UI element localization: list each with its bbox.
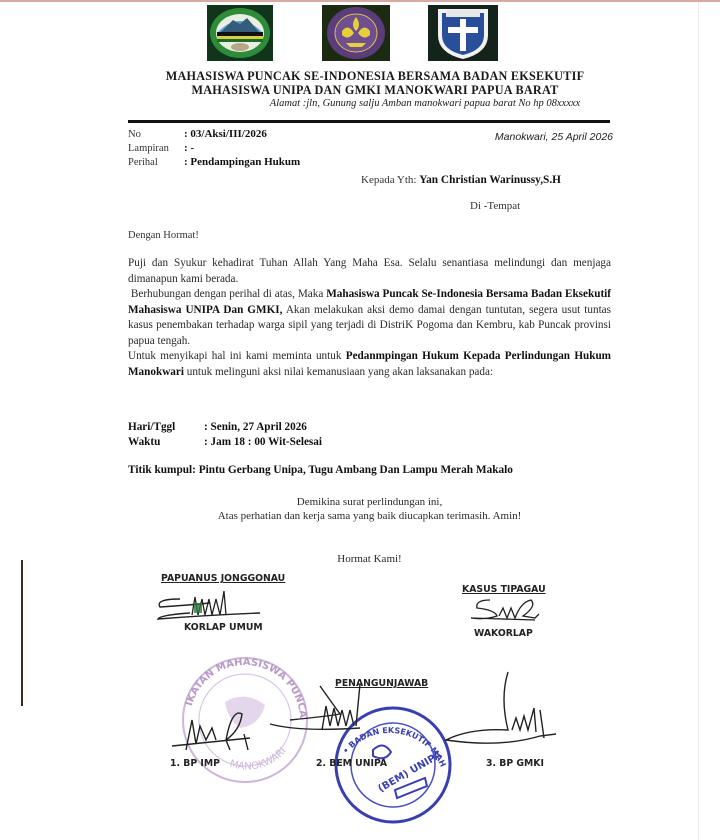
attachment-value: : - [184,142,194,154]
salutation: Dengan Hormat! [128,230,199,241]
svg-text:• BADAN EKSEKUTIF MAHASISWA •: • BADAN EKSEKUTIF MAHASISWA • [325,690,448,768]
day-label: Hari/Tggl [128,421,204,433]
letterhead-address: Alamat :jln, Gunung salju Amban manokwar… [0,98,720,109]
svg-text:MANOKWARI: MANOKWARI [228,746,288,773]
wakorlap-signature-icon [465,596,565,632]
gmki-logo-icon [428,5,498,61]
meeting-point: Titik kumpul: Pintu Gerbang Unipa, Tugu … [128,464,513,476]
letter-number: No: 03/Aksi/III/2026 [128,128,267,140]
place-date: Manokwari, 25 April 2026 [470,131,613,143]
subject-label: Perihal [128,157,184,168]
bem-unipa-label: 2. BEM UNIPA [316,758,387,769]
schedule-time: Waktu: Jam 18 : 00 Wit-Selesai [128,436,322,448]
letterhead-title-line2: MAHASISWA UNIPA DAN GMKI MANOKWARI PAPUA… [0,83,720,98]
body-paragraph-2: Berhubungan dengan perihal di atas, Maka… [128,287,611,349]
svg-text:IKATAN MAHASISWA PUNCAK: IKATAN MAHASISWA PUNCAK [170,640,308,719]
closing-line-1: Demikina surat perlindungan ini, [128,496,611,508]
letter-subject: Perihal: Pendampingan Hukum [128,156,300,168]
letter-attachment: Lampiran: - [128,142,194,154]
p3-end: untuk melinguni aksi nilai kemanusiaan y… [184,366,493,378]
impuncak-logo-icon [207,5,273,61]
number-label: No [128,129,184,140]
bem-unipa-logo-icon [322,5,390,61]
bem-signature-icon [260,680,410,750]
attachment-label: Lampiran [128,143,184,154]
recipient-location: Di -Tempat [470,200,520,212]
korlap-name: PAPUANUS JONGGONAU [161,573,285,584]
page-edge [698,2,699,840]
schedule-day: Hari/Tggl: Senin, 27 April 2026 [128,421,307,433]
svg-text:(BEM) UNIPA: (BEM) UNIPA [376,749,444,794]
subject-value: : Pendampingan Hukum [184,156,300,168]
korlap-signature-icon [150,585,280,625]
header-divider [128,120,610,123]
recipient-prefix: Kepada Yth: [361,174,417,186]
korlap-role: KORLAP UMUM [184,622,263,633]
body-paragraph-3: Untuk menyikapi hal ini kami meminta unt… [128,349,611,380]
recipient-line: Kepada Yth: Yan Christian Warinussy,S.H [361,174,561,186]
time-label: Waktu [128,436,204,448]
bp-imp-signature-icon [170,700,280,760]
body-paragraph-1: Puji dan Syukur kehadirat Tuhan Allah Ya… [128,256,611,287]
wakorlap-name: KASUS TIPAGAU [462,584,546,595]
number-value: : 03/Aksi/III/2026 [184,128,267,140]
bp-gmki-label: 3. BP GMKI [486,758,544,769]
top-border [0,0,720,2]
day-value: : Senin, 27 April 2026 [204,421,307,433]
letterhead-title-line1: MAHASISWA PUNCAK SE-INDONESIA BERSAMA BA… [0,69,720,84]
scan-artifact [21,560,23,706]
p3-start: Untuk menyikapi hal ini kami meminta unt… [128,350,346,362]
penanggung-jawab-label: PENANGUNJAWAB [335,678,428,689]
recipient-name: Yan Christian Warinussy,S.H [419,174,561,186]
regards: Hormat Kami! [128,553,611,565]
bp-imp-label: 1. BP IMP [170,758,220,769]
p2-start: Berhubungan dengan perihal di atas, Maka [131,288,326,300]
wakorlap-role: WAKORLAP [474,628,533,639]
closing-line-2: Atas perhatian dan kerja sama yang baik … [128,510,611,522]
bp-gmki-signature-icon [440,668,560,758]
time-value: : Jam 18 : 00 Wit-Selesai [204,436,322,448]
